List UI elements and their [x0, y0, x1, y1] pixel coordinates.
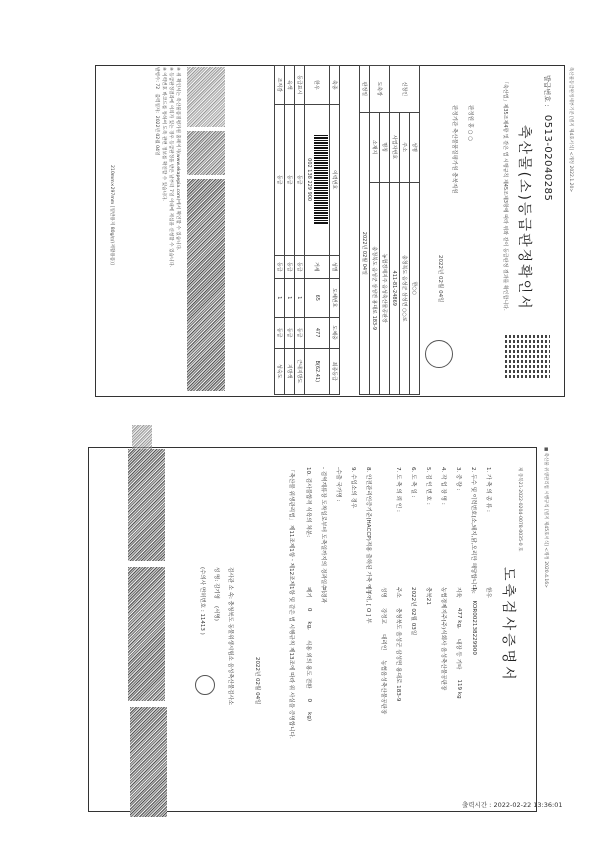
header-cell: 최종등급: [330, 348, 340, 394]
issue-number-line: 발급번호 : 0513-02040285: [542, 75, 553, 201]
cell: 1: [285, 278, 295, 317]
cell: 등급: [285, 317, 295, 348]
cell: 농협경제지주 음성축산물공판장: [380, 182, 390, 394]
lead-text: 「축산법」제35조제4항 및 같은 법 시행규칙 제45조제3항에 따라 위와 …: [502, 79, 509, 389]
cell: B(62.41): [305, 348, 330, 394]
item-value: 미경과: [321, 587, 329, 603]
barcode-icon: [314, 135, 328, 225]
cell: 등급: [275, 255, 285, 278]
item-value: 대리인: [381, 634, 389, 650]
cell: 명칭: [380, 112, 390, 182]
header-cell: 도체번호: [330, 278, 340, 317]
name-value: 김기영: [213, 583, 219, 599]
item-label: 8. 안전관리인증기준(HACCP)적용 출하된 가축 여부 :: [366, 467, 374, 587]
certificate-title: 도축검사증명서: [499, 567, 519, 683]
scan-noise: [128, 567, 165, 701]
item-value: 지육: [456, 587, 464, 598]
certificate-title: 축산물(소)등급판정확인서: [515, 125, 535, 311]
cell: 등급: [275, 317, 285, 348]
trace-cell: 002 138 229 900: [305, 104, 330, 255]
list-item: 3. 중 량 :지육477 kg,내장 등 기타119 kg: [452, 467, 467, 807]
footer-label: 발행수: 72: [154, 67, 159, 89]
footer-label: 2022년 02월 04일: [154, 116, 159, 156]
official-seal-icon: [425, 340, 453, 368]
item-value: 0: [307, 608, 313, 612]
affil-label: 검사관 소 속:: [227, 567, 233, 599]
issue-number: 0513-02040285: [542, 115, 553, 201]
scan-noise: [187, 179, 225, 391]
list-item: - 검역계류장 도착일로부터 도축일까지의 경과일수 :미경과: [317, 467, 332, 807]
cell: 한○○: [410, 182, 420, 394]
cell: 1: [295, 278, 305, 317]
cell: 성숙도: [275, 348, 285, 394]
list-item: 1. 가 축 의 종 류 :한우: [482, 467, 497, 807]
notes: ※ 위 확인서는 축산물품질평가원 홈페이지(www.ekapepia.com)…: [153, 67, 181, 393]
item-value: KOR002138229900: [472, 601, 478, 655]
grader-org-label: 판정기관: [451, 105, 457, 126]
grader-block: 판정원 홍 ○ ○ 판정기관 축산물품질평가원 충북지원: [443, 105, 475, 194]
header-cell: 축종: [330, 66, 340, 105]
scan-noise: [130, 707, 167, 817]
scan-noise: [128, 449, 165, 561]
cell: 한우: [305, 66, 330, 105]
qr-code-icon: [505, 335, 550, 380]
print-time: 출력시간 : 2022-02-22 13:36:01: [462, 800, 563, 809]
paper-size-note: 210mm×297mm [일반용지 80g/㎡(재활용품)]: [109, 165, 115, 265]
list-item: -수출 국가명 :: [332, 467, 347, 807]
cell: 근내지방도: [295, 348, 305, 394]
grader-name: 홍 ○ ○: [467, 123, 473, 141]
item-value: 농협경제지주(주)식회사 음성축산물공판장: [441, 587, 449, 690]
cell: 충청북도 음성군 삼성면 용대로 183-9: [370, 182, 380, 394]
item-label: 3. 중 량 :: [456, 467, 464, 587]
form-header-note: 축산물등급판정세부기준 [별지 제4호서식] <개정 2022.1.20>: [568, 67, 574, 192]
official-seal-icon: [195, 675, 215, 695]
cell: 1: [275, 278, 285, 317]
item-value: 농협음성축산물공판장: [381, 660, 389, 714]
item-value: 충북21: [426, 587, 434, 605]
issue-date: 2022년 02월 04일: [437, 255, 445, 302]
item-label: 2. 두수 및 이력번호(소,돼지,닭,오리만 해당합니다):: [471, 467, 479, 587]
grader-org: 축산물품질평가원 충북지원: [451, 128, 457, 194]
item-label: 10. 검사불합격 식육의 처분:: [306, 467, 314, 587]
table-header-row: 축종 이력번호 성별 도체번호 도체중 최종등급: [330, 66, 340, 395]
list-item: 4. 작 업 장 명 :농협경제지주(주)식회사 음성축산물공판장: [437, 467, 452, 807]
item-value: 119 kg: [457, 679, 463, 698]
cell: 성명: [410, 112, 420, 182]
item-label: 7. 도 축 의 뢰 인 :: [396, 467, 404, 587]
cell: 등급: [295, 255, 305, 278]
item-label: 4. 작 업 장 명 :: [441, 467, 449, 587]
cell: 주소: [400, 112, 410, 182]
cell: 신청인: [390, 66, 420, 113]
serial-number: 제 충북21-2022-0204-0078-0035-0 호: [517, 467, 523, 552]
table-row: 한우 002 138 229 900 거세 65 477 B(62.41): [305, 66, 330, 395]
item-value: 강정교: [381, 608, 389, 624]
item-value: 충청북도 음성군 삼성면 용대로 183-9: [396, 608, 404, 702]
cell: 지방색: [285, 348, 295, 394]
item-label: - 검역계류장 도착일로부터 도축일까지의 경과일수 :: [321, 467, 329, 587]
item-value: 폐기: [306, 587, 314, 598]
cell: 477: [305, 317, 330, 348]
list-item: 6. 도 축 일 :2022년 02월 03일: [407, 467, 422, 807]
license-number: 11413 ): [199, 613, 205, 634]
item-value: 식용 외의 용도 전환: [306, 640, 314, 689]
legal-text: 「축산물 위생관리법」 제11조제1항ㆍ제12조제1항 및 같은 법 시행규칙 …: [288, 467, 296, 807]
header-cell: 이력번호: [330, 104, 340, 255]
cell: 육색: [285, 66, 295, 105]
name-label: 성 명:: [213, 567, 219, 581]
header-cell: 도체중: [330, 317, 340, 348]
cell: 등급: [285, 104, 295, 255]
trace-number: 002 138 229 900: [306, 107, 312, 253]
print-time-value: 2022-02-22 13:36:01: [493, 801, 562, 809]
item-value: 내장 등 기타: [456, 639, 464, 670]
issue-date: 2022년 02월 04일: [254, 657, 262, 704]
cell: 등급표시: [295, 66, 305, 105]
cell: 등급: [285, 255, 295, 278]
item-value: 477 kg,: [457, 608, 463, 629]
inspection-certificate: ■ 축산물 위생관리법 시행규칙 [별지 제45호서식] <개정 2020.4.…: [87, 447, 537, 812]
item-label: 1. 가 축 의 종 류 :: [486, 467, 494, 587]
applicant-info-table: 신청인 성명 한○○ 주소 충청북도 음성군 삼성면 ○○로 사업자번호 411…: [359, 65, 420, 395]
item-list: 1. 가 축 의 종 류 :한우2. 두수 및 이력번호(소,돼지,닭,오리만 …: [288, 467, 497, 807]
item-label: 9. 수입소의 경우: [351, 467, 359, 587]
license-label: (수의사 면허번호 :: [199, 567, 205, 612]
list-item: 5. 검 인 번 호 :충북21: [422, 467, 437, 807]
footer-label: 출력일자:: [154, 94, 159, 113]
item-value: kg,: [307, 621, 313, 630]
item-value: 주소: [396, 587, 404, 598]
note-line: ※ 등급판정결과에 이의가 있는 경우 등급판정을 받은 날부터 7일 이내에 …: [167, 67, 174, 393]
list-item: 성명강정교대리인농협음성축산물공판장: [377, 467, 392, 807]
scan-noise: [187, 131, 225, 175]
table-row: 등급표시 등급 등급 1 등급 근내지방도: [295, 66, 305, 395]
table-row: 육색 등급 등급 1 등급 지방색: [285, 66, 295, 395]
cell: 판정일: [360, 66, 370, 113]
grader-label: 판정원: [467, 105, 473, 121]
cell: 411-81-24869: [390, 182, 400, 394]
cell: 2022년 02월 04일: [360, 112, 370, 394]
item-value: 성명: [381, 587, 389, 598]
item-value: 2022년 02월 03일: [411, 587, 419, 635]
list-item: 2. 두수 및 이력번호(소,돼지,닭,오리만 해당합니다):1KOR00213…: [467, 467, 482, 807]
note-line: ※ 위 확인서는 축산물품질평가원 홈페이지(www.ekapepia.com)…: [174, 67, 181, 393]
issue-label: 발급번호 :: [543, 75, 551, 107]
table-row: 조직감 등급 등급 1 등급 성숙도: [275, 66, 285, 395]
list-item: 7. 도 축 의 뢰 인 :주소충청북도 음성군 삼성면 용대로 183-9: [392, 467, 407, 807]
scan-noise: [187, 67, 225, 127]
item-value: 한우: [486, 587, 494, 598]
item-label: 6. 도 축 일 :: [411, 467, 419, 587]
cell: 조직감: [275, 66, 285, 105]
cell: 65: [305, 278, 330, 317]
list-item: 10. 검사불합격 식육의 처분:폐기0kg,식용 외의 용도 전환0kg): [302, 467, 317, 807]
item-label: -수출 국가명 :: [336, 467, 344, 587]
affil-value: 충청북도 동물위생시험소 음성축산물검사소: [227, 601, 233, 705]
footer-labels: 발행수: 72 출력일자: 2022년 02월 04일: [153, 67, 160, 393]
cell: 등급: [295, 317, 305, 348]
cell: 충청북도 음성군 삼성면 ○○로: [400, 182, 410, 394]
header-cell: 성별: [330, 255, 340, 278]
cell: 등급: [275, 104, 285, 255]
item-value: 0: [307, 699, 313, 703]
item-value: [ ] 여, [ O ] 부: [366, 587, 374, 623]
cell: 거세: [305, 255, 330, 278]
cell: 도축장: [370, 66, 390, 113]
item-value: 1: [472, 587, 478, 591]
print-time-label: 출력시간 :: [462, 801, 491, 809]
item-value: kg): [307, 712, 313, 721]
cell: 소재지: [370, 112, 380, 182]
note-line: ※ 이력번호 바코드를 통하여 도축 관련 정보를 확인할 수 있습니다.: [160, 67, 167, 393]
cell: 등급: [295, 104, 305, 255]
scan-noise: [132, 425, 152, 449]
list-item: 8. 안전관리인증기준(HACCP)적용 출하된 가축 여부 :[ ] 여, […: [362, 467, 377, 807]
seal-label: (서명): [213, 606, 219, 621]
grading-certificate: 축산물등급판정세부기준 [별지 제4호서식] <개정 2022.1.20> 발급…: [95, 65, 565, 397]
grade-table: 축종 이력번호 성별 도체번호 도체중 최종등급 한우 002 138 229 …: [274, 65, 340, 395]
list-item: 9. 수입소의 경우: [347, 467, 362, 807]
cell: 사업자번호: [390, 112, 400, 182]
form-header-note: ■ 축산물 위생관리법 시행규칙 [별지 제45호서식] <개정 2020.4.…: [543, 447, 549, 588]
item-label: 5. 검 인 번 호 :: [426, 467, 434, 587]
